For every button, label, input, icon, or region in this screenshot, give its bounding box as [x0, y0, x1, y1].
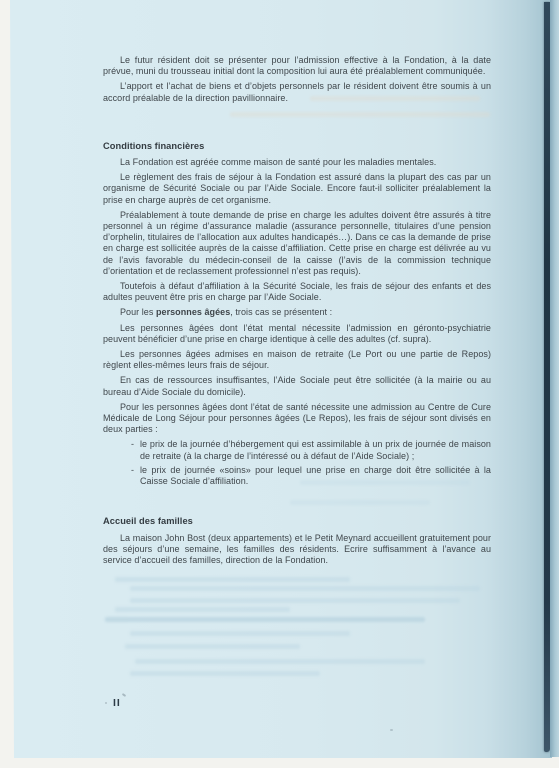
financial-paragraph-3: Préalablement à toute demande de prise e…: [103, 210, 491, 277]
showthrough-line: [115, 607, 290, 612]
paragraph-text: Pour les: [120, 307, 156, 317]
paragraph-text: , trois cas se présentent :: [230, 307, 332, 317]
list-item-text: le prix de journée «soins» pour lequel u…: [140, 465, 491, 486]
dash-bullet: -: [131, 465, 134, 476]
underlying-page-edge: [550, 0, 559, 757]
intro-paragraph-2: L’apport et l’achat de biens et d’objets…: [103, 81, 491, 103]
list-item: - le prix de journée «soins» pour lequel…: [103, 465, 491, 487]
showthrough-line: [115, 577, 350, 582]
financial-paragraph-4: Toutefois à défaut d’affiliation à la Sé…: [103, 281, 491, 303]
families-paragraph-1: La maison John Bost (deux appartements) …: [103, 533, 491, 567]
page-number: II: [113, 697, 121, 709]
financial-paragraph-8: En cas de ressources insuffisantes, l’Ai…: [103, 375, 491, 397]
intro-paragraph-1: Le futur résident doit se présenter pour…: [103, 55, 491, 77]
document-page: Le futur résident doit se présenter pour…: [9, 0, 552, 758]
showthrough-line: [130, 586, 480, 591]
showthrough-line: [105, 617, 425, 622]
financial-paragraph-6: Les personnes âgées dont l’état mental n…: [103, 323, 491, 345]
scan-speck: [105, 702, 107, 704]
financial-paragraph-5: Pour les personnes âgées, trois cas se p…: [103, 307, 491, 318]
list-item-text: le prix de la journée d’hébergement qui …: [140, 439, 491, 460]
section-heading-accueil-des-familles: Accueil des familles: [103, 516, 491, 527]
fee-parts-list: - le prix de la journée d’hébergement qu…: [103, 439, 491, 487]
text-block: Le futur résident doit se présenter pour…: [103, 55, 491, 570]
financial-paragraph-7: Les personnes âgées admises en maison de…: [103, 349, 491, 371]
financial-paragraph-2: Le règlement des frais de séjour à la Fo…: [103, 172, 491, 206]
scan-speck: [122, 693, 126, 697]
showthrough-line: [130, 598, 460, 603]
showthrough-line: [130, 631, 350, 636]
financial-paragraph-9: Pour les personnes âgées dont l’état de …: [103, 402, 491, 436]
dash-bullet: -: [131, 439, 134, 450]
financial-paragraph-1: La Fondation est agréée comme maison de …: [103, 157, 491, 168]
showthrough-line: [130, 671, 320, 676]
scan-speck: [390, 729, 393, 731]
list-item: - le prix de la journée d’hébergement qu…: [103, 439, 491, 461]
emphasis-personnes-agees: personnes âgées: [156, 307, 230, 317]
showthrough-line: [135, 659, 425, 664]
showthrough-line: [125, 644, 300, 649]
section-heading-conditions-financieres: Conditions financières: [103, 141, 491, 152]
